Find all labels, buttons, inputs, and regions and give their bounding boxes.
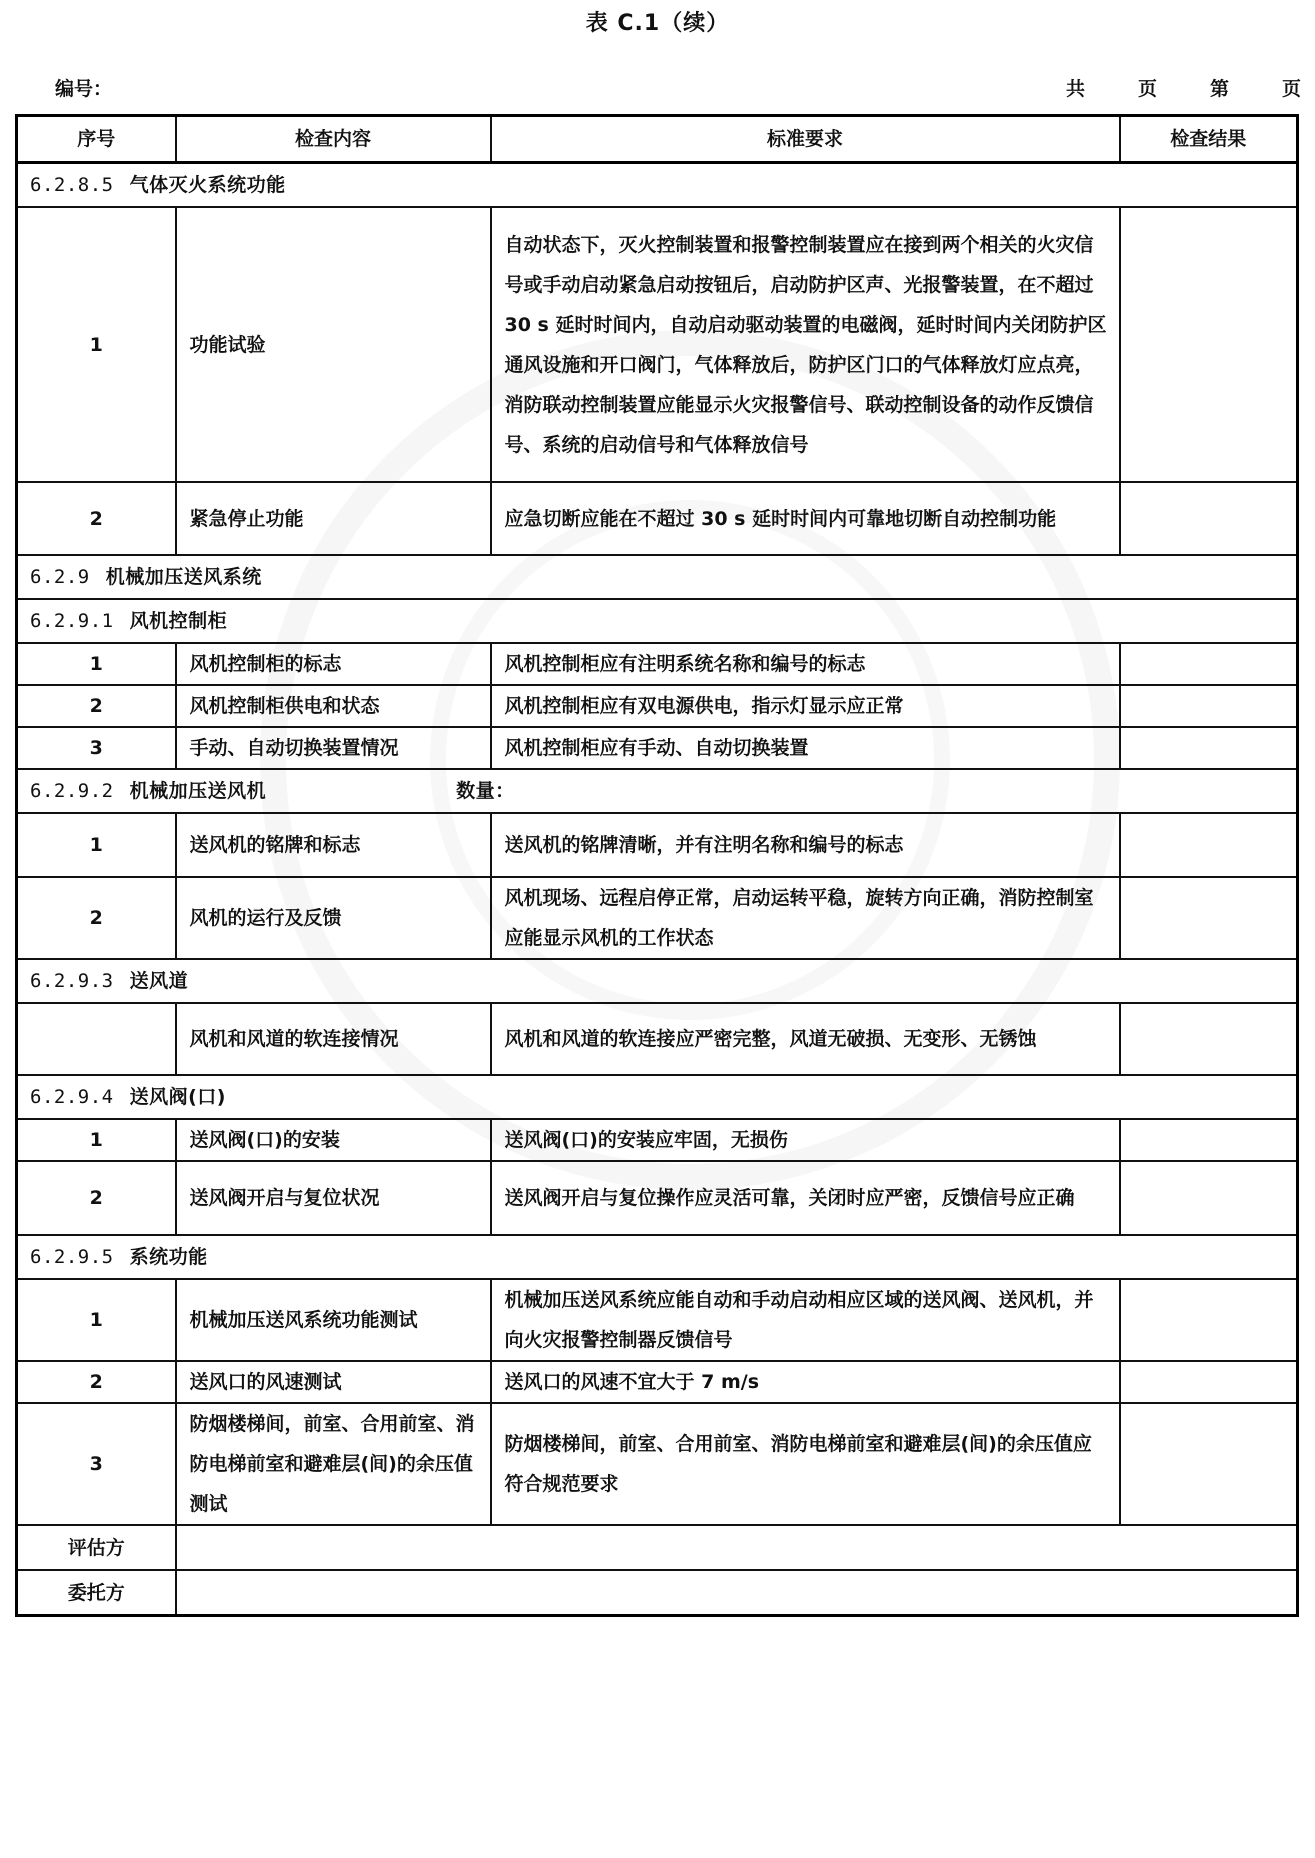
row-result-cell[interactable]: [1120, 1119, 1298, 1161]
table-row: 风机和风道的软连接情况 风机和风道的软连接应严密完整，风道无破损、无变形、无锈蚀: [17, 1003, 1298, 1075]
section-row: 6.2.9.5系统功能: [17, 1235, 1298, 1279]
row-requirement: 应急切断应能在不超过 30 s 延时时间内可靠地切断自动控制功能: [491, 482, 1120, 555]
row-item: 防烟楼梯间，前室、合用前室、消防电梯前室和避难层(间)的余压值测试: [176, 1403, 491, 1525]
row-index: 2: [17, 1161, 176, 1235]
section-number: 6.2.9.1: [30, 601, 114, 641]
row-result-cell[interactable]: [1120, 727, 1298, 769]
row-result-cell[interactable]: [1120, 207, 1298, 482]
header-result: 检查结果: [1120, 116, 1298, 163]
section-row: 6.2.9机械加压送风系统: [17, 555, 1298, 599]
row-requirement: 送风机的铭牌清晰，并有注明名称和编号的标志: [491, 813, 1120, 877]
row-requirement: 风机控制柜应有手动、自动切换装置: [491, 727, 1120, 769]
row-requirement: 风机现场、远程启停正常，启动运转平稳，旋转方向正确，消防控制室应能显示风机的工作…: [491, 877, 1120, 959]
row-result-cell[interactable]: [1120, 643, 1298, 685]
table-row: 2 送风阀开启与复位状况 送风阀开启与复位操作应灵活可靠，关闭时应严密，反馈信号…: [17, 1161, 1298, 1235]
signature-field-evaluator[interactable]: [176, 1525, 1298, 1570]
section-title: 机械加压送风机: [130, 780, 267, 802]
table-row: 1 送风机的铭牌和标志 送风机的铭牌清晰，并有注明名称和编号的标志: [17, 813, 1298, 877]
table-row: 1 功能试验 自动状态下，灭火控制装置和报警控制装置应在接到两个相关的火灾信号或…: [17, 207, 1298, 482]
row-item: 功能试验: [176, 207, 491, 482]
row-result-cell[interactable]: [1120, 685, 1298, 727]
section-title: 气体灭火系统功能: [130, 174, 286, 196]
row-index: 1: [17, 1279, 176, 1361]
section-row: 6.2.9.4送风阀(口): [17, 1075, 1298, 1119]
header-item: 检查内容: [176, 116, 491, 163]
section-row: 6.2.9.2机械加压送风机数量：: [17, 769, 1298, 813]
row-result-cell[interactable]: [1120, 1161, 1298, 1235]
row-item: 机械加压送风系统功能测试: [176, 1279, 491, 1361]
quantity-label: 数量：: [456, 780, 515, 802]
section-number: 6.2.9.4: [30, 1077, 114, 1117]
section-title: 系统功能: [130, 1246, 208, 1268]
row-index: 2: [17, 685, 176, 727]
row-requirement: 送风阀(口)的安装应牢固，无损伤: [491, 1119, 1120, 1161]
row-result-cell[interactable]: [1120, 813, 1298, 877]
row-index: 2: [17, 1361, 176, 1403]
row-item: 风机的运行及反馈: [176, 877, 491, 959]
page-info: 共 页 第 页: [1013, 74, 1301, 101]
row-result-cell[interactable]: [1120, 1279, 1298, 1361]
row-item: 送风阀(口)的安装: [176, 1119, 491, 1161]
signature-label: 委托方: [17, 1570, 176, 1616]
row-item: 送风机的铭牌和标志: [176, 813, 491, 877]
row-index: 1: [17, 643, 176, 685]
inspection-table: 序号 检查内容 标准要求 检查结果 6.2.8.5气体灭火系统功能 1 功能试验…: [15, 114, 1299, 1617]
row-item: 风机控制柜的标志: [176, 643, 491, 685]
table-row: 1 送风阀(口)的安装 送风阀(口)的安装应牢固，无损伤: [17, 1119, 1298, 1161]
section-title: 送风阀(口): [130, 1086, 226, 1108]
table-row: 3 手动、自动切换装置情况 风机控制柜应有手动、自动切换装置: [17, 727, 1298, 769]
row-requirement: 机械加压送风系统应能自动和手动启动相应区域的送风阀、送风机，并向火灾报警控制器反…: [491, 1279, 1120, 1361]
page-total-unit: 页: [1085, 74, 1157, 101]
section-number: 6.2.9.2: [30, 771, 114, 811]
signature-row-evaluator: 评估方: [17, 1525, 1298, 1570]
page-current-unit: 页: [1229, 74, 1301, 101]
section-title: 风机控制柜: [130, 610, 228, 632]
section-number: 6.2.9.5: [30, 1237, 114, 1277]
document-number-label: 编号：: [55, 74, 112, 101]
row-item: 风机控制柜供电和状态: [176, 685, 491, 727]
table-header-row: 序号 检查内容 标准要求 检查结果: [17, 116, 1298, 163]
section-row: 6.2.9.1风机控制柜: [17, 599, 1298, 643]
table-row: 1 风机控制柜的标志 风机控制柜应有注明系统名称和编号的标志: [17, 643, 1298, 685]
table-row: 2 风机的运行及反馈 风机现场、远程启停正常，启动运转平稳，旋转方向正确，消防控…: [17, 877, 1298, 959]
row-item: 送风阀开启与复位状况: [176, 1161, 491, 1235]
row-requirement: 送风口的风速不宜大于 7 m/s: [491, 1361, 1120, 1403]
table-row: 2 紧急停止功能 应急切断应能在不超过 30 s 延时时间内可靠地切断自动控制功…: [17, 482, 1298, 555]
table-row: 2 送风口的风速测试 送风口的风速不宜大于 7 m/s: [17, 1361, 1298, 1403]
row-result-cell[interactable]: [1120, 482, 1298, 555]
row-index: 3: [17, 727, 176, 769]
row-result-cell[interactable]: [1120, 1003, 1298, 1075]
signature-field-client[interactable]: [176, 1570, 1298, 1616]
row-index: [17, 1003, 176, 1075]
page-total-label: 共: [1013, 74, 1085, 101]
row-index: 1: [17, 207, 176, 482]
section-row: 6.2.9.3送风道: [17, 959, 1298, 1003]
header-requirement: 标准要求: [491, 116, 1120, 163]
signature-label: 评估方: [17, 1525, 176, 1570]
signature-row-client: 委托方: [17, 1570, 1298, 1616]
row-index: 1: [17, 1119, 176, 1161]
header-index: 序号: [17, 116, 176, 163]
section-title: 送风道: [130, 970, 189, 992]
page-current-label: 第: [1157, 74, 1229, 101]
row-index: 1: [17, 813, 176, 877]
table-row: 1 机械加压送风系统功能测试 机械加压送风系统应能自动和手动启动相应区域的送风阀…: [17, 1279, 1298, 1361]
page-title: 表 C.1（续）: [0, 6, 1315, 37]
row-requirement: 风机和风道的软连接应严密完整，风道无破损、无变形、无锈蚀: [491, 1003, 1120, 1075]
section-number: 6.2.9: [30, 557, 90, 597]
row-requirement: 送风阀开启与复位操作应灵活可靠，关闭时应严密，反馈信号应正确: [491, 1161, 1120, 1235]
section-number: 6.2.9.3: [30, 961, 114, 1001]
row-item: 紧急停止功能: [176, 482, 491, 555]
row-result-cell[interactable]: [1120, 1361, 1298, 1403]
section-number: 6.2.8.5: [30, 165, 114, 205]
row-index: 2: [17, 482, 176, 555]
row-item: 送风口的风速测试: [176, 1361, 491, 1403]
table-row: 3 防烟楼梯间，前室、合用前室、消防电梯前室和避难层(间)的余压值测试 防烟楼梯…: [17, 1403, 1298, 1525]
row-requirement: 防烟楼梯间，前室、合用前室、消防电梯前室和避难层(间)的余压值应符合规范要求: [491, 1403, 1120, 1525]
row-result-cell[interactable]: [1120, 1403, 1298, 1525]
table-row: 2 风机控制柜供电和状态 风机控制柜应有双电源供电，指示灯显示应正常: [17, 685, 1298, 727]
row-requirement: 风机控制柜应有双电源供电，指示灯显示应正常: [491, 685, 1120, 727]
row-index: 3: [17, 1403, 176, 1525]
row-requirement: 自动状态下，灭火控制装置和报警控制装置应在接到两个相关的火灾信号或手动启动紧急启…: [491, 207, 1120, 482]
section-row: 6.2.8.5气体灭火系统功能: [17, 163, 1298, 208]
section-title: 机械加压送风系统: [106, 566, 262, 588]
row-requirement: 风机控制柜应有注明系统名称和编号的标志: [491, 643, 1120, 685]
row-result-cell[interactable]: [1120, 877, 1298, 959]
row-index: 2: [17, 877, 176, 959]
row-item: 风机和风道的软连接情况: [176, 1003, 491, 1075]
row-item: 手动、自动切换装置情况: [176, 727, 491, 769]
